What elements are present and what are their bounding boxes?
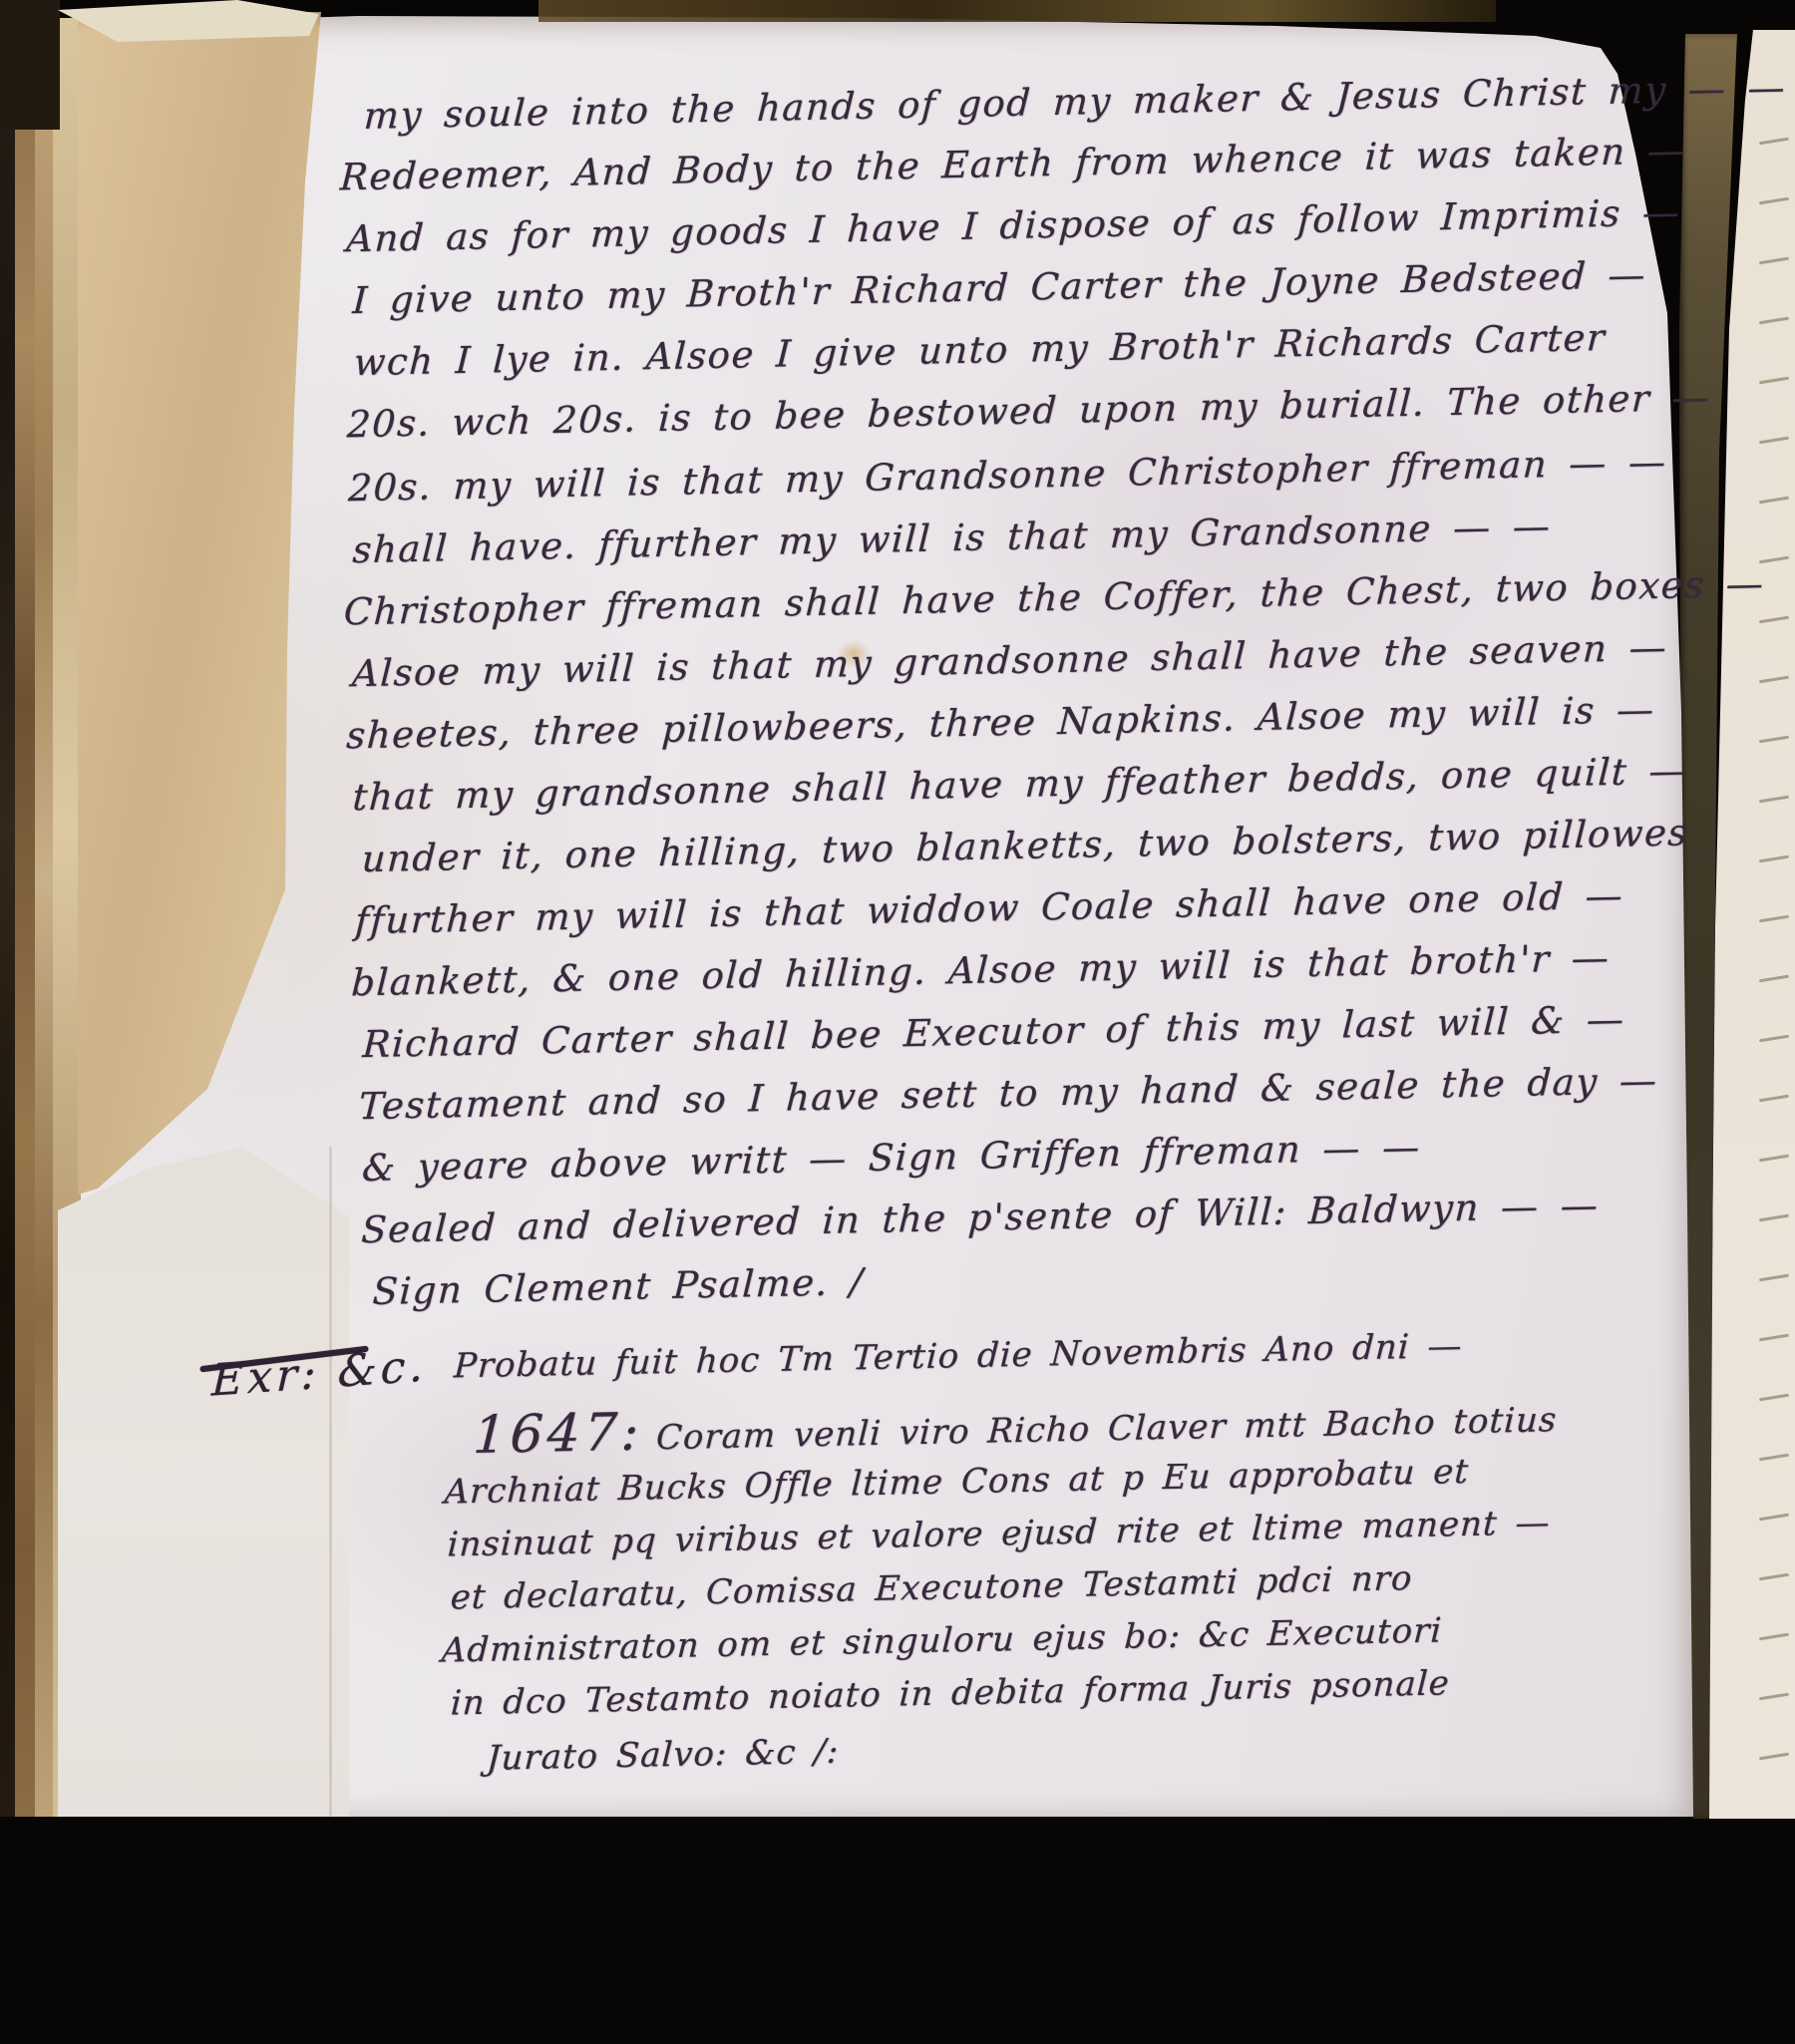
manuscript-line: Richard Carter shall bee Executor of thi… (362, 998, 1626, 1066)
manuscript-line: 20s. wch 20s. is to bee bestowed upon my… (346, 376, 1711, 446)
manuscript-line: Sealed and delivered in the p'sente of W… (360, 1184, 1600, 1251)
manuscript-line: & yeare above writt — Sign Griffen ffrem… (361, 1126, 1422, 1190)
manuscript-line: wch I lye in. Alsoe I give unto my Broth… (353, 316, 1607, 384)
manuscript-line: Testament and so I have sett to my hand … (358, 1059, 1659, 1128)
manuscript-line: et declaratu, Comissa Executone Testamti… (450, 1558, 1414, 1617)
manuscript-line: insinuat pq viribus et valore ejusd rite… (447, 1503, 1552, 1564)
manuscript-line: Administraton om et singuloru ejus bo: &… (441, 1610, 1444, 1670)
manuscript-line: Jurato Salvo: &c /: (486, 1732, 840, 1779)
manuscript-line: Alsoe my will is that my grandsonne shal… (351, 626, 1668, 696)
manuscript-line: that my grandsonne shall have my ffeathe… (352, 749, 1688, 819)
manuscript-line: Sign Clement Psalme. / (372, 1260, 866, 1313)
manuscript-line: shall have. ffurther my will is that my … (352, 505, 1553, 571)
manuscript-line: in dco Testamto noiato in debita forma J… (450, 1663, 1451, 1723)
manuscript-line: ffurther my will is that widdow Coale sh… (354, 874, 1624, 943)
manuscript-photo: my soule into the hands of god my maker … (0, 0, 1795, 2044)
manuscript-line: my soule into the hands of god my maker … (363, 66, 1787, 138)
manuscript-line: blankett, & one old hilling. Alsoe my wi… (350, 936, 1611, 1004)
probate-year: 1647: (472, 1403, 644, 1466)
manuscript-line: 20s. my will is that my Grandsonne Chris… (347, 441, 1667, 511)
manuscript-line: Redeemer, And Body to the Earth from whe… (339, 129, 1686, 198)
manuscript-line: sheetes, three pillowbeers, three Napkin… (345, 688, 1655, 757)
text-block: my soule into the hands of god my maker … (0, 0, 1795, 2044)
manuscript-line: I give unto my Broth'r Richard Carter th… (352, 253, 1648, 322)
manuscript-line: Probatu fuit hoc Tm Tertio die Novembris… (453, 1326, 1463, 1386)
manuscript-line: under it, one hilling, two blanketts, tw… (361, 811, 1689, 880)
manuscript-line: Christopher ffreman shall have the Coffe… (343, 562, 1766, 634)
manuscript-line: And as for my goods I have I dispose of … (345, 190, 1681, 260)
